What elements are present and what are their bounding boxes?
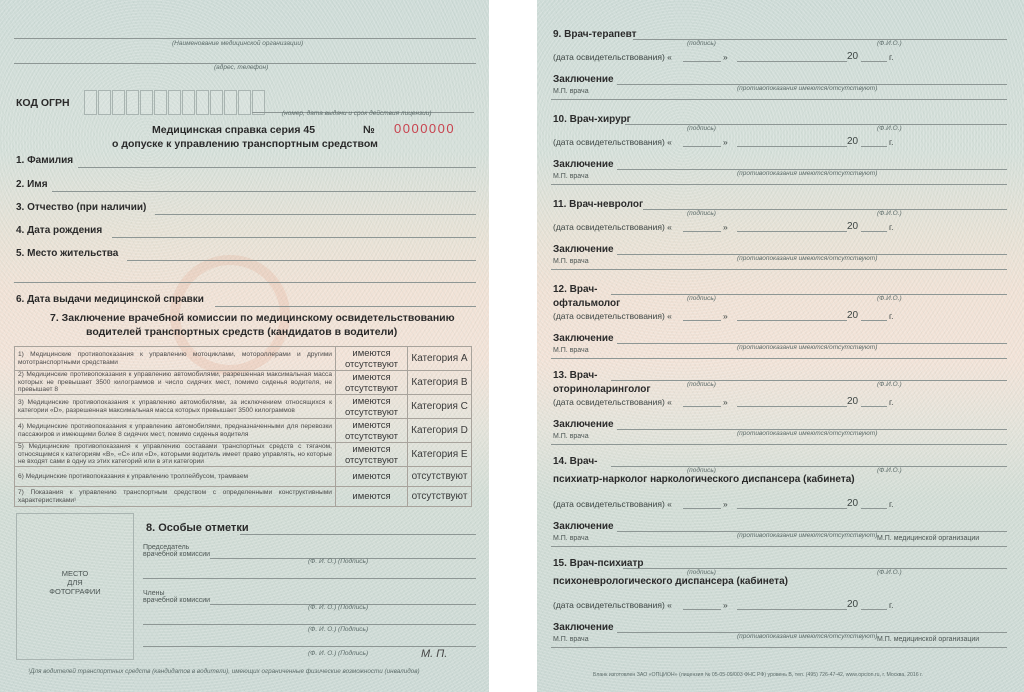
- ogrn-digit-box[interactable]: [168, 90, 181, 115]
- doctor-title: 11. Врач-невролог: [553, 199, 643, 210]
- signature-hint: (подпись): [687, 569, 716, 576]
- doctor-title: 13. Врач-: [553, 370, 597, 381]
- exam-year-prefix: 20: [847, 599, 858, 610]
- exam-date-close-quote: »: [723, 397, 728, 407]
- option-present[interactable]: имеются: [339, 471, 404, 482]
- name-hint: (Ф.И.О.): [877, 381, 902, 388]
- option-absent[interactable]: отсутствуют: [339, 407, 404, 418]
- conclusion-hint: (противопоказания имеются/отсутствуют): [737, 344, 877, 351]
- address-hint: (адрес, телефон): [214, 64, 268, 71]
- category-label: Категория D: [408, 419, 472, 443]
- members-label-1: Члены: [143, 590, 165, 597]
- contraindication-row: 4) Медицинские противопоказания к управл…: [15, 419, 472, 443]
- exam-day-input[interactable]: [683, 231, 721, 232]
- organization-stamp-label: М.П. медицинской организации: [877, 535, 979, 542]
- exam-year-input[interactable]: [861, 231, 887, 232]
- conclusion-label: Заключение: [553, 74, 614, 85]
- field-label: 3. Отчество (при наличии): [16, 202, 146, 213]
- contraindication-row: 3) Медицинские противопоказания к управл…: [15, 395, 472, 419]
- exam-year-input[interactable]: [861, 61, 887, 62]
- doctor-stamp-label: М.П. врача: [553, 535, 589, 542]
- member-3-signature-line[interactable]: [143, 646, 476, 647]
- contraindications-table: 1) Медицинские противопоказания к управл…: [14, 346, 472, 507]
- printer-note: Бланк изготовлен ЗАО «ОПЦИОН» (лицензия …: [593, 672, 923, 678]
- exam-month-input[interactable]: [737, 406, 847, 407]
- exam-year-suffix: г.: [889, 499, 893, 509]
- exam-year-prefix: 20: [847, 221, 858, 232]
- presence-options: имеются: [336, 467, 408, 487]
- exam-day-input[interactable]: [683, 320, 721, 321]
- option-present[interactable]: имеются: [339, 372, 404, 383]
- doctor-title-line2: оториноларинголог: [553, 384, 651, 395]
- option-absent[interactable]: отсутствуют: [339, 383, 404, 394]
- section-divider: [551, 99, 1007, 100]
- section-divider: [551, 269, 1007, 270]
- exam-date-label: (дата освидетельствования) «: [553, 311, 672, 321]
- exam-year-prefix: 20: [847, 136, 858, 147]
- doctor-signature-line[interactable]: [625, 124, 1007, 125]
- ogrn-digit-box[interactable]: [126, 90, 139, 115]
- org-name-line[interactable]: [14, 38, 476, 39]
- section-8-title: 8. Особые отметки: [146, 522, 249, 534]
- contraindication-row: 1) Медицинские противопоказания к управл…: [15, 347, 472, 371]
- doctor-title-line2: психоневрологического диспансера (кабине…: [553, 576, 788, 587]
- conclusion-hint: (противопоказания имеются/отсутствуют): [737, 532, 877, 539]
- exam-date-label: (дата освидетельствования) «: [553, 137, 672, 147]
- exam-day-input[interactable]: [683, 508, 721, 509]
- doctor-signature-line[interactable]: [611, 466, 1007, 467]
- certificate-subtitle: о допуске к управлению транспортным сред…: [112, 138, 378, 150]
- option-present[interactable]: имеются: [339, 420, 404, 431]
- signature-hint: (подпись): [687, 295, 716, 302]
- license-hint: (номер, дата выдачи и срок действия лице…: [282, 110, 432, 117]
- option-absent[interactable]: отсутствуют: [339, 359, 404, 370]
- ogrn-label: КОД ОГРН: [16, 97, 70, 109]
- section-divider: [551, 184, 1007, 185]
- exam-day-input[interactable]: [683, 61, 721, 62]
- name-hint: (Ф.И.О.): [877, 569, 902, 576]
- option-absent[interactable]: отсутствуют: [339, 455, 404, 466]
- name-hint: (Ф.И.О.): [877, 467, 902, 474]
- exam-year-input[interactable]: [861, 609, 887, 610]
- conclusion-hint: (противопоказания имеются/отсутствуют): [737, 633, 877, 640]
- contraindication-text: 3) Медицинские противопоказания к управл…: [15, 395, 336, 419]
- section-7-title-line1: 7. Заключение врачебной комиссии по меди…: [50, 312, 455, 324]
- exam-month-input[interactable]: [737, 508, 847, 509]
- field-input-line[interactable]: [155, 214, 476, 215]
- certificate-title: Медицинская справка серия 45: [152, 124, 315, 136]
- conclusion-label: Заключение: [553, 419, 614, 430]
- organization-stamp-label: М.П. медицинской организации: [877, 636, 979, 643]
- conclusion-label: Заключение: [553, 244, 614, 255]
- conclusion-label: Заключение: [553, 521, 614, 532]
- name-hint: (Ф.И.О.): [877, 210, 902, 217]
- exam-date-close-quote: »: [723, 600, 728, 610]
- presence-options: имеютсяотсутствуют: [336, 347, 408, 371]
- serial-number: 0000000: [394, 121, 455, 136]
- contraindication-text: 1) Медицинские противопоказания к управл…: [15, 347, 336, 371]
- exam-month-input[interactable]: [737, 231, 847, 232]
- category-label: Категория С: [408, 395, 472, 419]
- signature-hint: (подпись): [687, 210, 716, 217]
- contraindication-row: 6) Медицинские противопоказания к управл…: [15, 467, 472, 487]
- exam-year-input[interactable]: [861, 406, 887, 407]
- exam-date-label: (дата освидетельствования) «: [553, 52, 672, 62]
- doctor-stamp-label: М.П. врача: [553, 347, 589, 354]
- contraindication-text: 2) Медицинские противопоказания к управл…: [15, 371, 336, 395]
- signature-hint: (подпись): [687, 40, 716, 47]
- option-present[interactable]: имеются: [339, 348, 404, 359]
- exam-year-prefix: 20: [847, 51, 858, 62]
- contraindication-row: 5) Медицинские противопоказания к управл…: [15, 443, 472, 467]
- exam-date-close-quote: »: [723, 499, 728, 509]
- category-label: Категория В: [408, 371, 472, 395]
- conclusion-hint: (противопоказания имеются/отсутствуют): [737, 430, 877, 437]
- exam-year-input[interactable]: [861, 146, 887, 147]
- option-present[interactable]: имеются: [339, 444, 404, 455]
- ogrn-code-input[interactable]: [84, 90, 266, 115]
- chairman-label-1: Председатель: [143, 544, 189, 551]
- org-name-hint: (Наименование медицинской организации): [172, 40, 303, 47]
- exam-year-suffix: г.: [889, 600, 893, 610]
- exam-date-close-quote: »: [723, 52, 728, 62]
- ogrn-digit-box[interactable]: [182, 90, 195, 115]
- doctor-title: 9. Врач-терапевт: [553, 29, 637, 40]
- contraindication-text: 6) Медицинские противопоказания к управл…: [15, 467, 336, 487]
- exam-year-suffix: г.: [889, 397, 893, 407]
- category-label: Категория А: [408, 347, 472, 371]
- footnote: ¹Для водителей транспортных средств (кан…: [28, 668, 420, 675]
- doctor-signature-line[interactable]: [611, 380, 1007, 381]
- conclusion-hint: (противопоказания имеются/отсутствуют): [737, 255, 877, 262]
- section-divider: [551, 647, 1007, 648]
- doctor-signature-line[interactable]: [611, 294, 1007, 295]
- option-absent[interactable]: отсутствуют: [339, 431, 404, 442]
- field-label: 4. Дата рождения: [16, 225, 102, 236]
- doctor-title-line2: психиатр-нарколог наркологического диспа…: [553, 474, 855, 485]
- presence-options: имеются: [336, 487, 408, 507]
- exam-date-label: (дата освидетельствования) «: [553, 600, 672, 610]
- members-label-2: врачебной комиссии: [143, 597, 210, 604]
- doctor-stamp-label: М.П. врача: [553, 88, 589, 95]
- photo-placeholder-label: МЕСТО ДЛЯ ФОТОГРАФИИ: [17, 569, 133, 596]
- exam-year-prefix: 20: [847, 498, 858, 509]
- doctor-signature-line[interactable]: [623, 568, 1007, 569]
- doctor-title: 14. Врач-: [553, 456, 597, 467]
- option-absent[interactable]: отсутствуют: [408, 467, 472, 487]
- contraindication-row: 2) Медицинские противопоказания к управл…: [15, 371, 472, 395]
- notes-line-2[interactable]: [143, 578, 476, 579]
- doctor-title: 12. Врач-: [553, 284, 597, 295]
- exam-date-label: (дата освидетельствования) «: [553, 499, 672, 509]
- contraindication-text: 5) Медицинские противопоказания к управл…: [15, 443, 336, 467]
- field-label: 2. Имя: [16, 179, 48, 190]
- section-7-title-line2: водителей транспортных средств (кандидат…: [86, 326, 397, 338]
- field-input-line[interactable]: [78, 167, 476, 168]
- field-input-line[interactable]: [112, 237, 476, 238]
- certificate-front-page: (Наименование медицинской организации) (…: [0, 0, 489, 692]
- field-input-line[interactable]: [215, 306, 476, 307]
- doctor-title-line2: офтальмолог: [553, 298, 620, 309]
- exam-year-input[interactable]: [861, 508, 887, 509]
- ogrn-digit-box[interactable]: [224, 90, 237, 115]
- doctor-stamp-label: М.П. врача: [553, 173, 589, 180]
- exam-date-label: (дата освидетельствования) «: [553, 222, 672, 232]
- ogrn-digit-box[interactable]: [238, 90, 251, 115]
- doctor-title: 10. Врач-хирург: [553, 114, 631, 125]
- section-divider: [551, 444, 1007, 445]
- exam-date-close-quote: »: [723, 311, 728, 321]
- exam-year-suffix: г.: [889, 52, 893, 62]
- presence-options: имеютсяотсутствуют: [336, 395, 408, 419]
- option-present[interactable]: имеются: [339, 491, 404, 502]
- conclusion-label: Заключение: [553, 159, 614, 170]
- exam-day-input[interactable]: [683, 609, 721, 610]
- exam-year-suffix: г.: [889, 311, 893, 321]
- name-hint: (Ф.И.О.): [877, 125, 902, 132]
- field-label: 5. Место жительства: [16, 248, 118, 259]
- certificate-back-page: 9. Врач-терапевт(подпись)(Ф.И.О.)(дата о…: [537, 0, 1024, 692]
- option-absent[interactable]: отсутствуют: [408, 487, 472, 507]
- exam-day-input[interactable]: [683, 146, 721, 147]
- exam-year-prefix: 20: [847, 396, 858, 407]
- presence-options: имеютсяотсутствуют: [336, 443, 408, 467]
- exam-year-prefix: 20: [847, 310, 858, 321]
- member-2-signature-line[interactable]: [143, 624, 476, 625]
- section-divider: [551, 546, 1007, 547]
- doctor-stamp-label: М.П. врача: [553, 433, 589, 440]
- special-notes-line[interactable]: [240, 534, 476, 535]
- exam-year-input[interactable]: [861, 320, 887, 321]
- member-2-signature-hint: (Ф. И. О.) (Подпись): [308, 626, 368, 633]
- signature-hint: (подпись): [687, 467, 716, 474]
- presence-options: имеютсяотсутствуют: [336, 371, 408, 395]
- ogrn-digit-box[interactable]: [140, 90, 153, 115]
- exam-month-input[interactable]: [737, 146, 847, 147]
- exam-month-input[interactable]: [737, 609, 847, 610]
- ogrn-digit-box[interactable]: [112, 90, 125, 115]
- exam-date-close-quote: »: [723, 137, 728, 147]
- conclusion-label: Заключение: [553, 333, 614, 344]
- photo-placeholder[interactable]: МЕСТО ДЛЯ ФОТОГРАФИИ: [16, 513, 134, 660]
- option-present[interactable]: имеются: [339, 396, 404, 407]
- field-label: 1. Фамилия: [16, 155, 73, 166]
- field-label: 6. Дата выдачи медицинской справки: [16, 294, 204, 305]
- exam-month-input[interactable]: [737, 320, 847, 321]
- field-input-line[interactable]: [52, 191, 476, 192]
- contraindication-text: 7) Показания к управлению транспортным с…: [15, 487, 336, 507]
- chairman-signature-hint: (Ф. И. О.) (Подпись): [308, 558, 368, 565]
- ogrn-digit-box[interactable]: [154, 90, 167, 115]
- member-3-signature-hint: (Ф. И. О.) (Подпись): [308, 650, 368, 657]
- section-divider: [551, 358, 1007, 359]
- signature-hint: (подпись): [687, 125, 716, 132]
- exam-year-suffix: г.: [889, 137, 893, 147]
- name-hint: (Ф.И.О.): [877, 40, 902, 47]
- exam-year-suffix: г.: [889, 222, 893, 232]
- residence-extra-line[interactable]: [14, 282, 476, 283]
- ogrn-digit-box[interactable]: [210, 90, 223, 115]
- member-1-signature-hint: (Ф. И. О.) (Подпись): [308, 604, 368, 611]
- presence-options: имеютсяотсутствуют: [336, 419, 408, 443]
- name-hint: (Ф.И.О.): [877, 295, 902, 302]
- doctor-stamp-label: М.П. врача: [553, 258, 589, 265]
- ogrn-digit-box[interactable]: [84, 90, 97, 115]
- conclusion-hint: (противопоказания имеются/отсутствуют): [737, 85, 877, 92]
- contraindication-text: 4) Медицинские противопоказания к управл…: [15, 419, 336, 443]
- category-label: Категория Е: [408, 443, 472, 467]
- stamp-label: М. П.: [421, 648, 447, 660]
- number-sign: №: [363, 124, 375, 136]
- ogrn-digit-box[interactable]: [196, 90, 209, 115]
- exam-month-input[interactable]: [737, 61, 847, 62]
- doctor-stamp-label: М.П. врача: [553, 636, 589, 643]
- exam-date-label: (дата освидетельствования) «: [553, 397, 672, 407]
- field-input-line[interactable]: [127, 260, 476, 261]
- conclusion-hint: (противопоказания имеются/отсутствуют): [737, 170, 877, 177]
- ogrn-digit-box[interactable]: [98, 90, 111, 115]
- signature-hint: (подпись): [687, 381, 716, 388]
- contraindication-row: 7) Показания к управлению транспортным с…: [15, 487, 472, 507]
- exam-date-close-quote: »: [723, 222, 728, 232]
- chairman-label-2: врачебной комиссии: [143, 551, 210, 558]
- conclusion-label: Заключение: [553, 622, 614, 633]
- exam-day-input[interactable]: [683, 406, 721, 407]
